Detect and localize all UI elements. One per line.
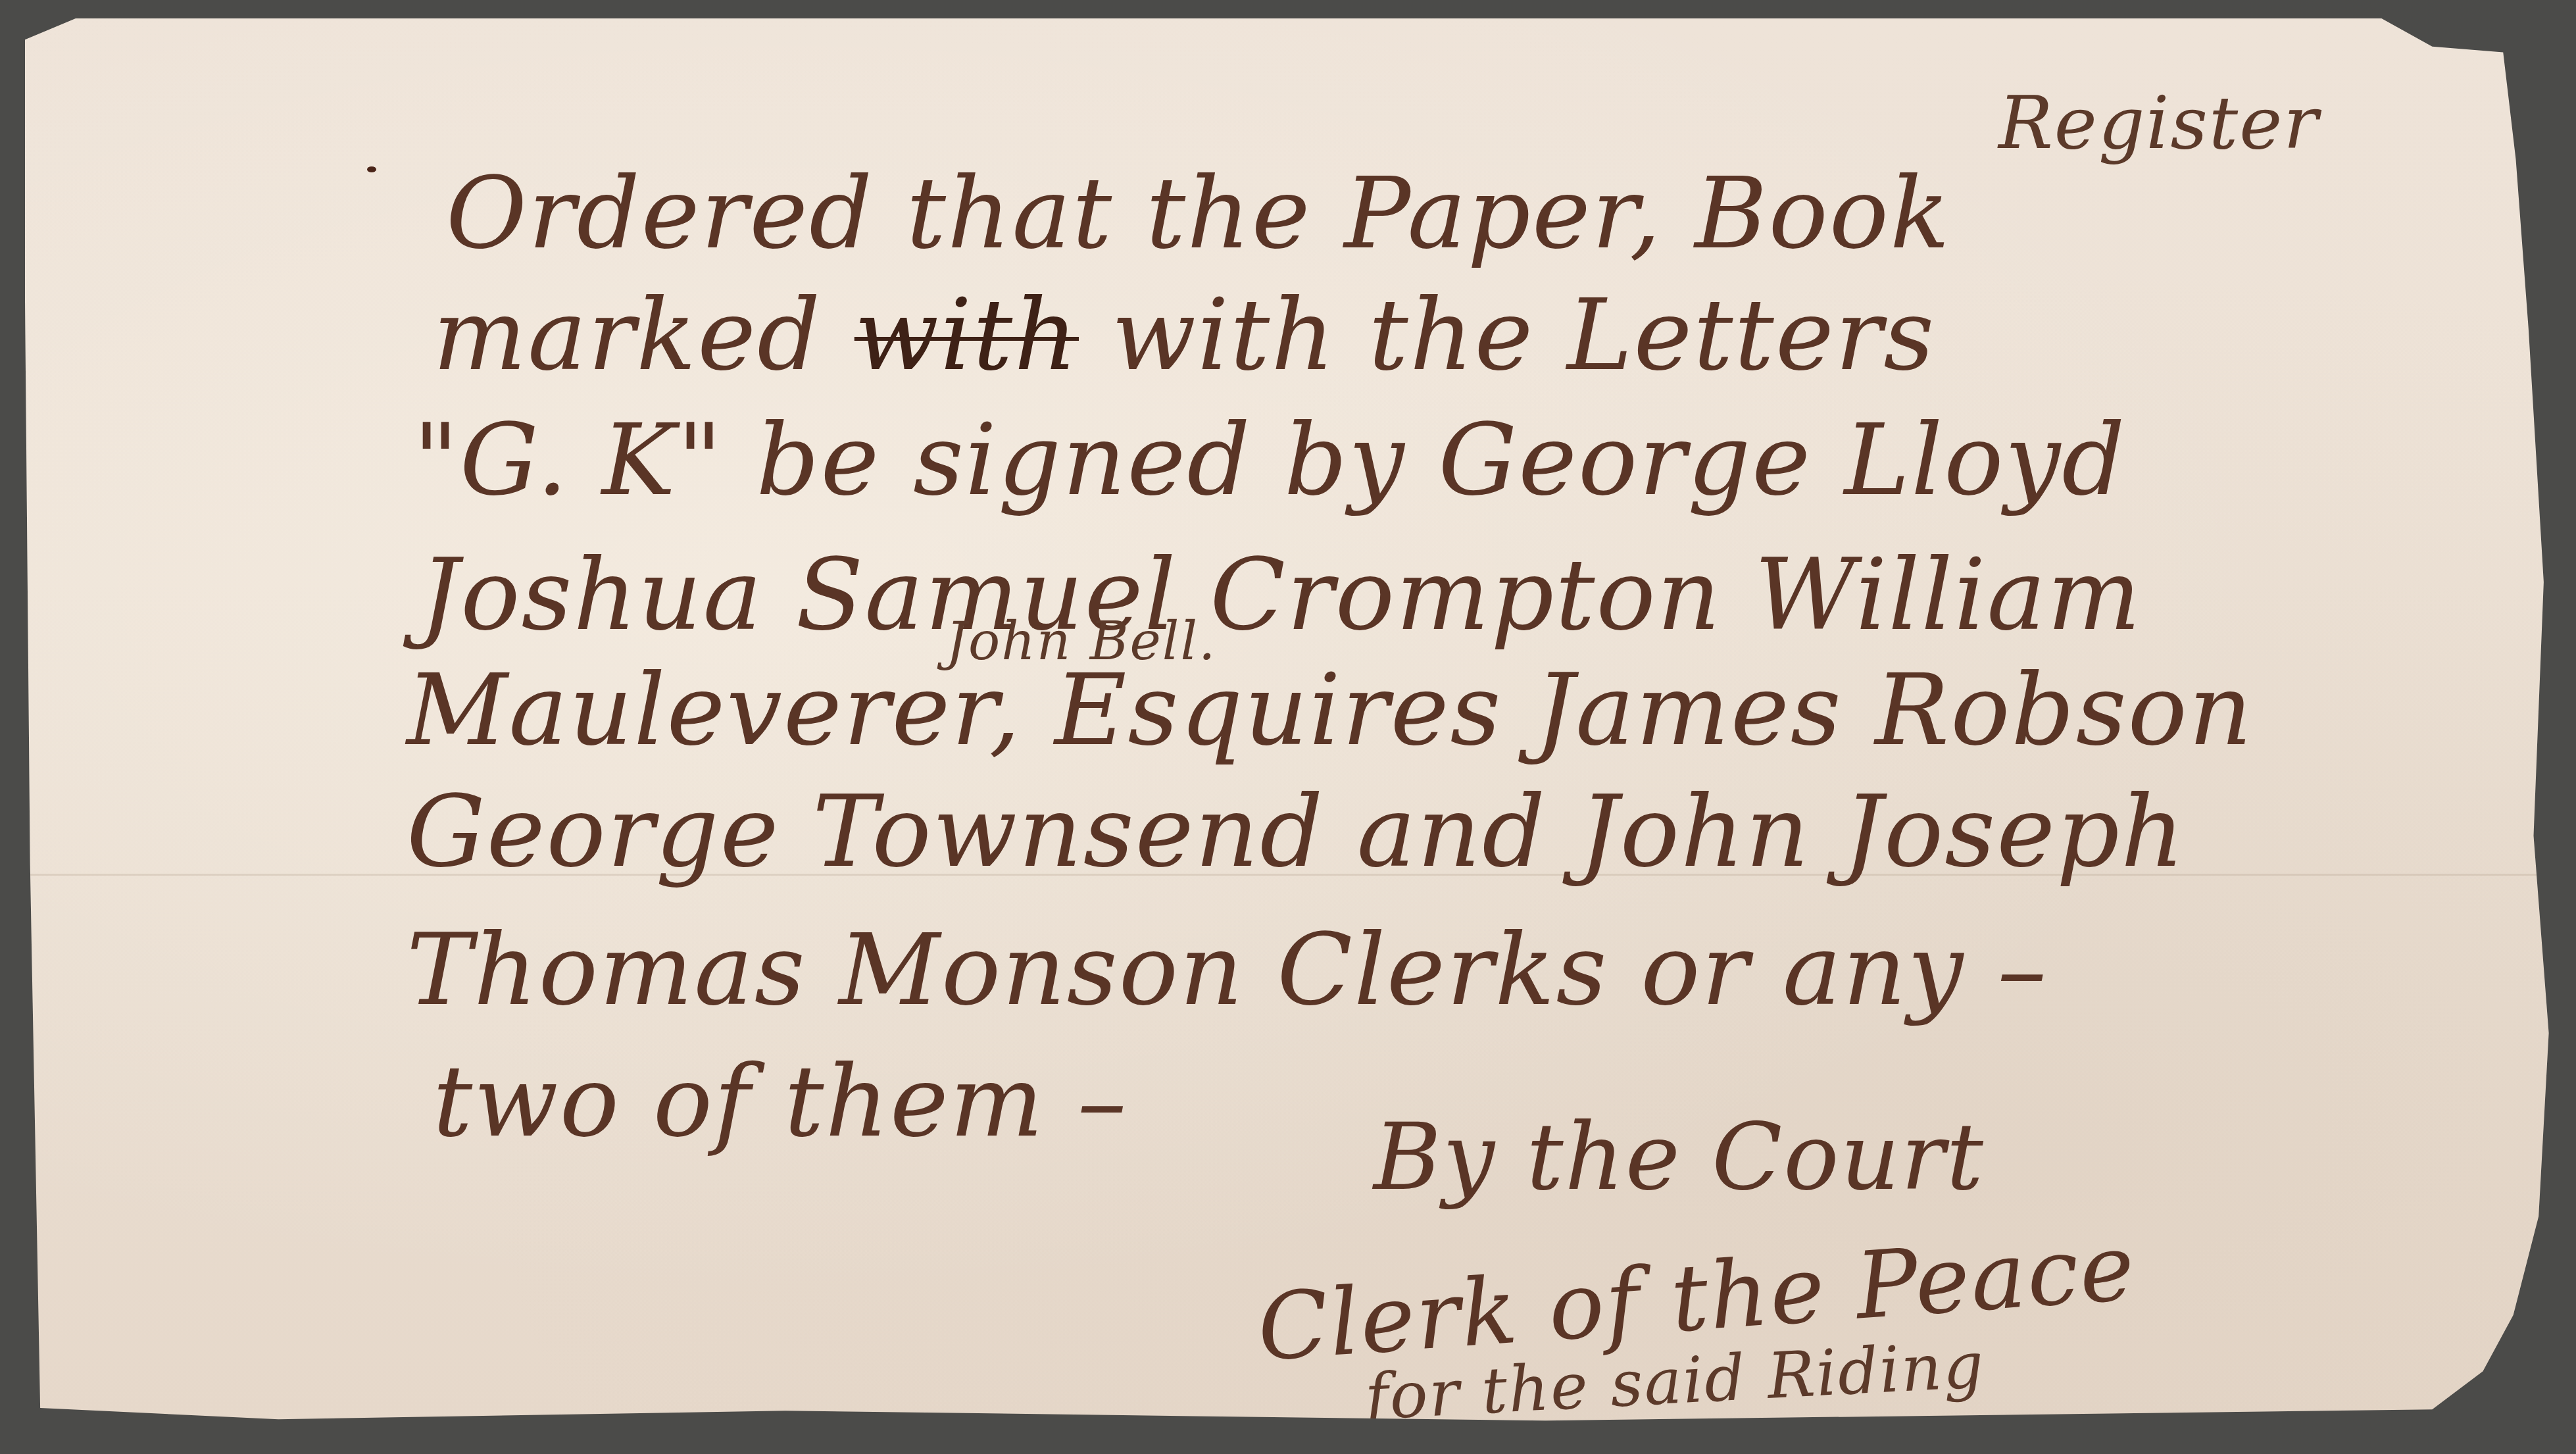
ink-mark	[367, 166, 376, 172]
text-line-6: George Townsend and John Joseph	[407, 775, 2186, 890]
text-line-5: Mauleverer, Esquires James Robson	[407, 653, 2254, 768]
text-line-1: Ordered that the Paper, Book	[446, 157, 1951, 271]
closing-by-the-court: By the Court	[1374, 1104, 1985, 1211]
text-line-4: Joshua Samuel Crompton William	[420, 538, 2142, 653]
line-2-prefix: marked	[433, 278, 855, 393]
text-line-8: two of them –	[433, 1045, 1128, 1159]
line-2-suffix: with the Letters	[1079, 278, 1935, 393]
text-line-7: Thomas Monson Clerks or any –	[407, 913, 2048, 1028]
document-paper: Register Ordered that the Paper, Book ma…	[25, 18, 2559, 1428]
insertion-register: Register	[1998, 81, 2319, 165]
struck-word: with	[855, 278, 1079, 393]
text-line-3: "G. K" be signed by George Lloyd	[413, 403, 2126, 518]
text-line-2: marked with with the Letters	[433, 278, 1935, 393]
